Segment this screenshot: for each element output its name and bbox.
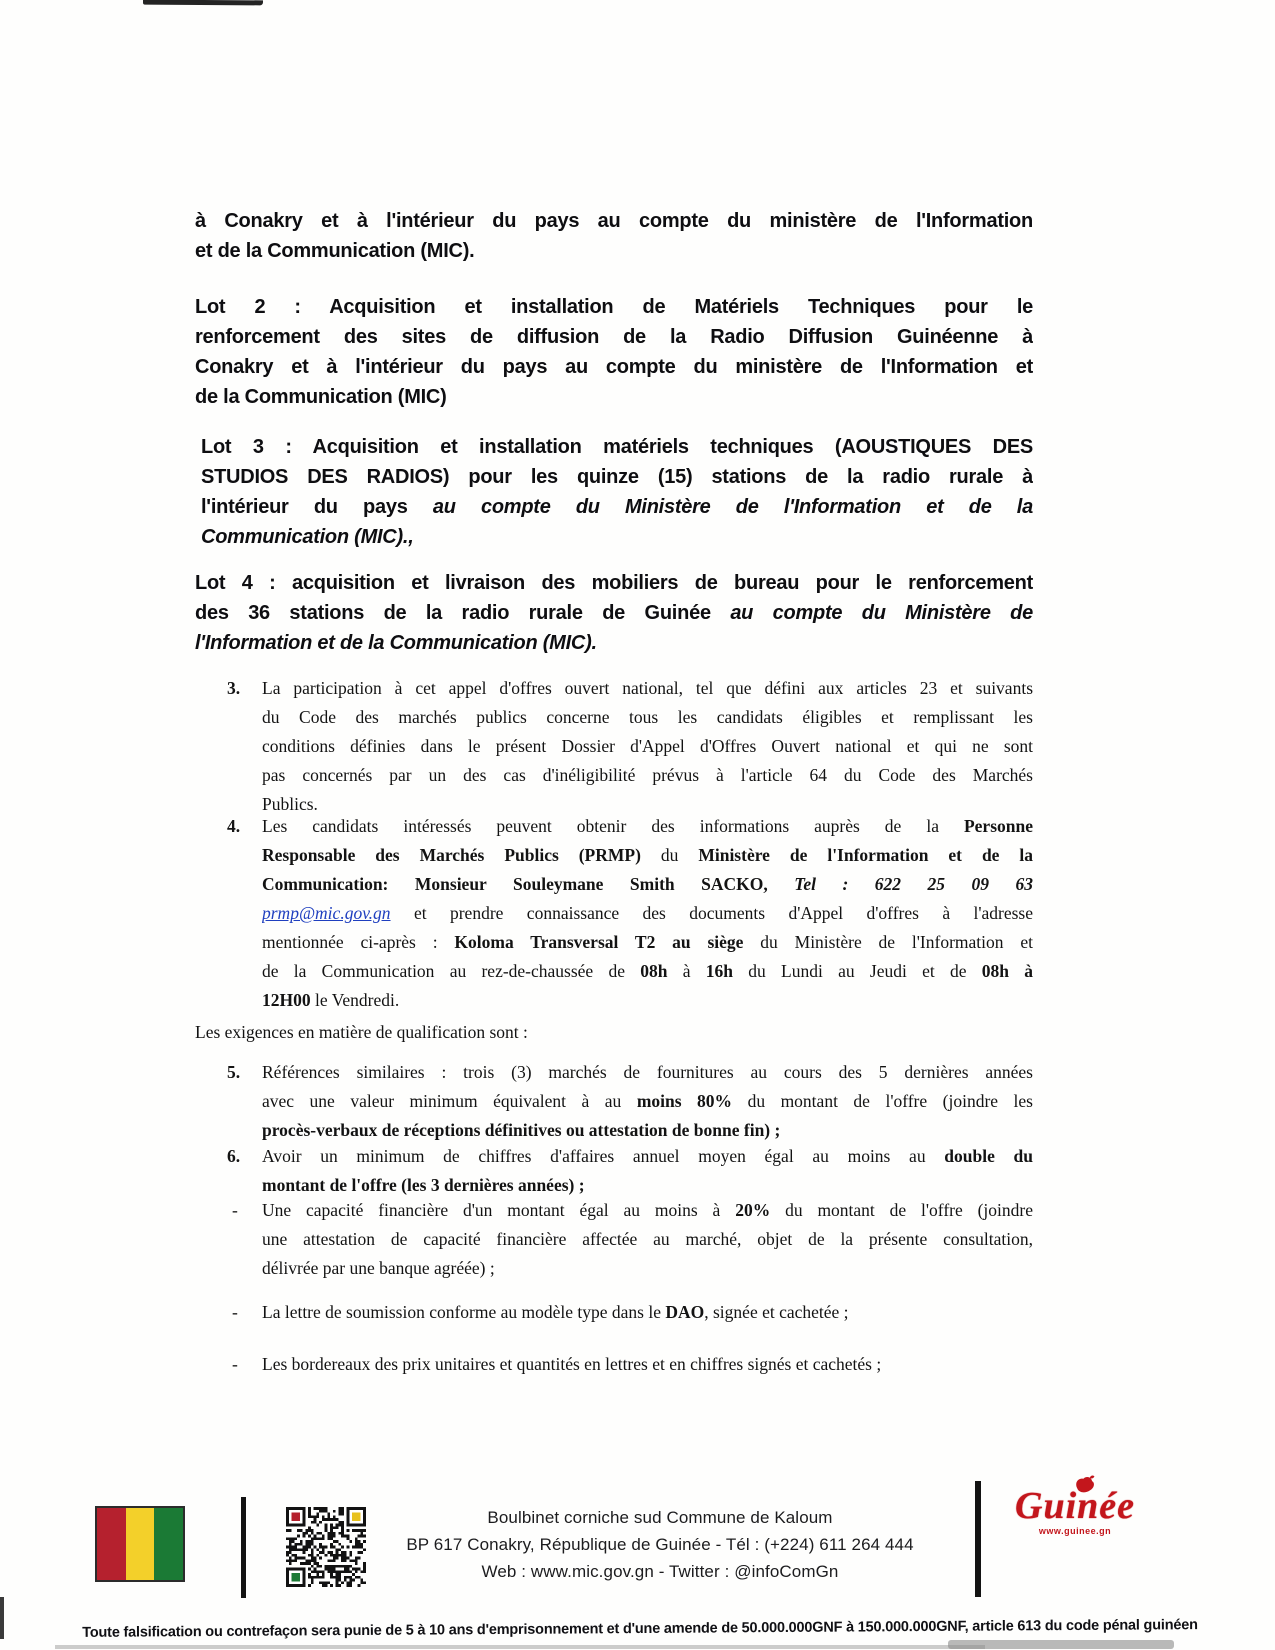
paragraph-lot2: Lot 2 : Acquisition et installation de M… [195, 292, 1033, 412]
numbered-item-3: 3. La participation à cet appel d'offres… [195, 674, 1033, 819]
item-text: La lettre de soumission conforme au modè… [262, 1298, 1033, 1327]
paragraph-lot3: Lot 3 : Acquisition et installation maté… [195, 432, 1033, 552]
qualification-lead: Les exigences en matière de qualificatio… [195, 1018, 1033, 1047]
dash-item-1: - Une capacité financière d'un montant é… [195, 1196, 1033, 1283]
numbered-item-5: 5. Références similaires : trois (3) mar… [195, 1058, 1033, 1145]
item-text: Les candidats intéressés peuvent obtenir… [262, 812, 1033, 1015]
item-number: 3. [227, 674, 240, 703]
paragraph-lot4: Lot 4 : acquisition et livraison des mob… [195, 568, 1033, 658]
item-text: Références similaires : trois (3) marché… [262, 1058, 1033, 1145]
numbered-item-6: 6. Avoir un minimum de chiffres d'affair… [195, 1142, 1033, 1200]
numbered-item-4: 4. Les candidats intéressés peuvent obte… [195, 812, 1033, 1015]
footer-divider [975, 1481, 981, 1597]
flag-stripe-yellow [126, 1508, 155, 1580]
dash-item-2: - La lettre de soumission conforme au mo… [195, 1298, 1033, 1327]
paragraph-intro: à Conakry et à l'intérieur du pays au co… [195, 206, 1033, 266]
guinea-map-icon [1072, 1474, 1098, 1496]
scan-artifact-bottom [948, 1640, 1174, 1649]
item-number: 6. [227, 1142, 240, 1171]
guinee-logo: Guinée www.guinee.gn [1000, 1486, 1150, 1536]
scan-artifact-bottom [55, 1645, 985, 1649]
item-text: Une capacité financière d'un montant éga… [262, 1196, 1033, 1283]
guinea-flag-icon [95, 1506, 185, 1582]
flag-stripe-green [154, 1508, 183, 1580]
address-line: Boulbinet corniche sud Commune de Kaloum [360, 1504, 960, 1531]
scan-artifact-top [143, 0, 263, 5]
item-text: Les bordereaux des prix unitaires et qua… [262, 1350, 1033, 1379]
legal-warning-line: Toute falsification ou contrefaçon sera … [80, 1617, 1200, 1641]
item-text: La participation à cet appel d'offres ou… [262, 674, 1033, 819]
item-text: Avoir un minimum de chiffres d'affaires … [262, 1142, 1033, 1200]
qr-code-icon [286, 1505, 366, 1589]
item-number: 5. [227, 1058, 240, 1087]
dash-item-3: - Les bordereaux des prix unitaires et q… [195, 1350, 1033, 1379]
scan-artifact-left [0, 1597, 4, 1639]
dash-marker: - [232, 1350, 238, 1379]
item-number: 4. [227, 812, 240, 841]
address-line: Web : www.mic.gov.gn - Twitter : @infoCo… [360, 1558, 960, 1585]
logo-website: www.guinee.gn [1000, 1526, 1150, 1536]
footer-address: Boulbinet corniche sud Commune de Kaloum… [360, 1504, 960, 1585]
dash-marker: - [232, 1298, 238, 1327]
footer-divider [241, 1497, 246, 1598]
document-page: à Conakry et à l'intérieur du pays au co… [0, 0, 1275, 1650]
flag-stripe-red [97, 1508, 126, 1580]
address-line: BP 617 Conakry, République de Guinée - T… [360, 1531, 960, 1558]
dash-marker: - [232, 1196, 238, 1225]
